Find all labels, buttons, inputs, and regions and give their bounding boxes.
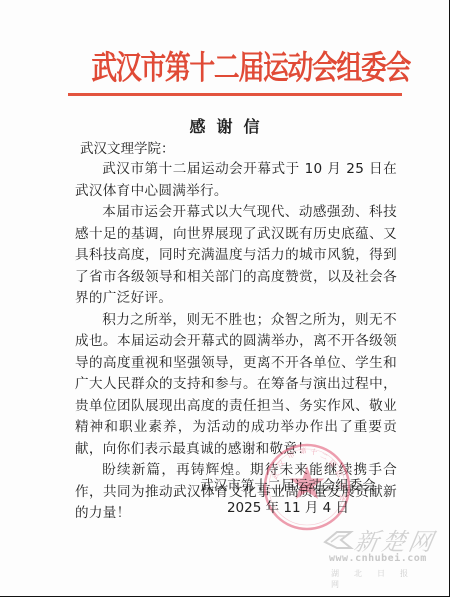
letterhead-divider [68,93,402,96]
signature-date: 2025 年 11 月 4 日 [200,497,376,519]
paragraph: 积力之所举，则无不胜也；众智之所为，则无不成也。本届运动会开幕式的圆满举办，离不… [75,310,397,461]
svg-text:届: 届 [327,458,338,469]
watermark: 新楚网 www.cnhubei.com 湖北日报网 [315,522,445,592]
watermark-subtitle: 湖北日报网 [331,568,445,590]
signature-block: 武汉市第十二届运动会组委会 2025 年 11 月 4 日 [200,475,376,519]
salutation: 武汉文理学院： [80,139,175,159]
paragraph: 武汉市第十二届运动会开幕式于 10 月 25 日在武汉体育中心圆满举行。 [75,159,397,202]
signature-issuer: 武汉市第十二届运动会组委会 [200,475,376,497]
svg-text:十: 十 [310,447,318,457]
paragraph: 本届市运会开幕式以大气现代、动感强劲、科技感十足的基调，向世界展现了武汉既有历史… [75,202,397,310]
watermark-brand: 新楚网 [352,522,439,557]
watermark-url: www.cnhubei.com [329,553,427,564]
svg-text:第: 第 [299,446,307,456]
svg-text:二: 二 [319,452,329,462]
letterhead-title: 武汉市第十二届运动会组委会 [91,47,378,90]
letter-heading: 感谢信 [0,114,449,137]
watermark-logo-icon [321,528,357,552]
letter-page: 武汉市第十二届运动会组委会 感谢信 武汉文理学院： 武汉市第十二届运动会开幕式于… [0,0,450,597]
svg-text:汉: 汉 [275,458,286,469]
